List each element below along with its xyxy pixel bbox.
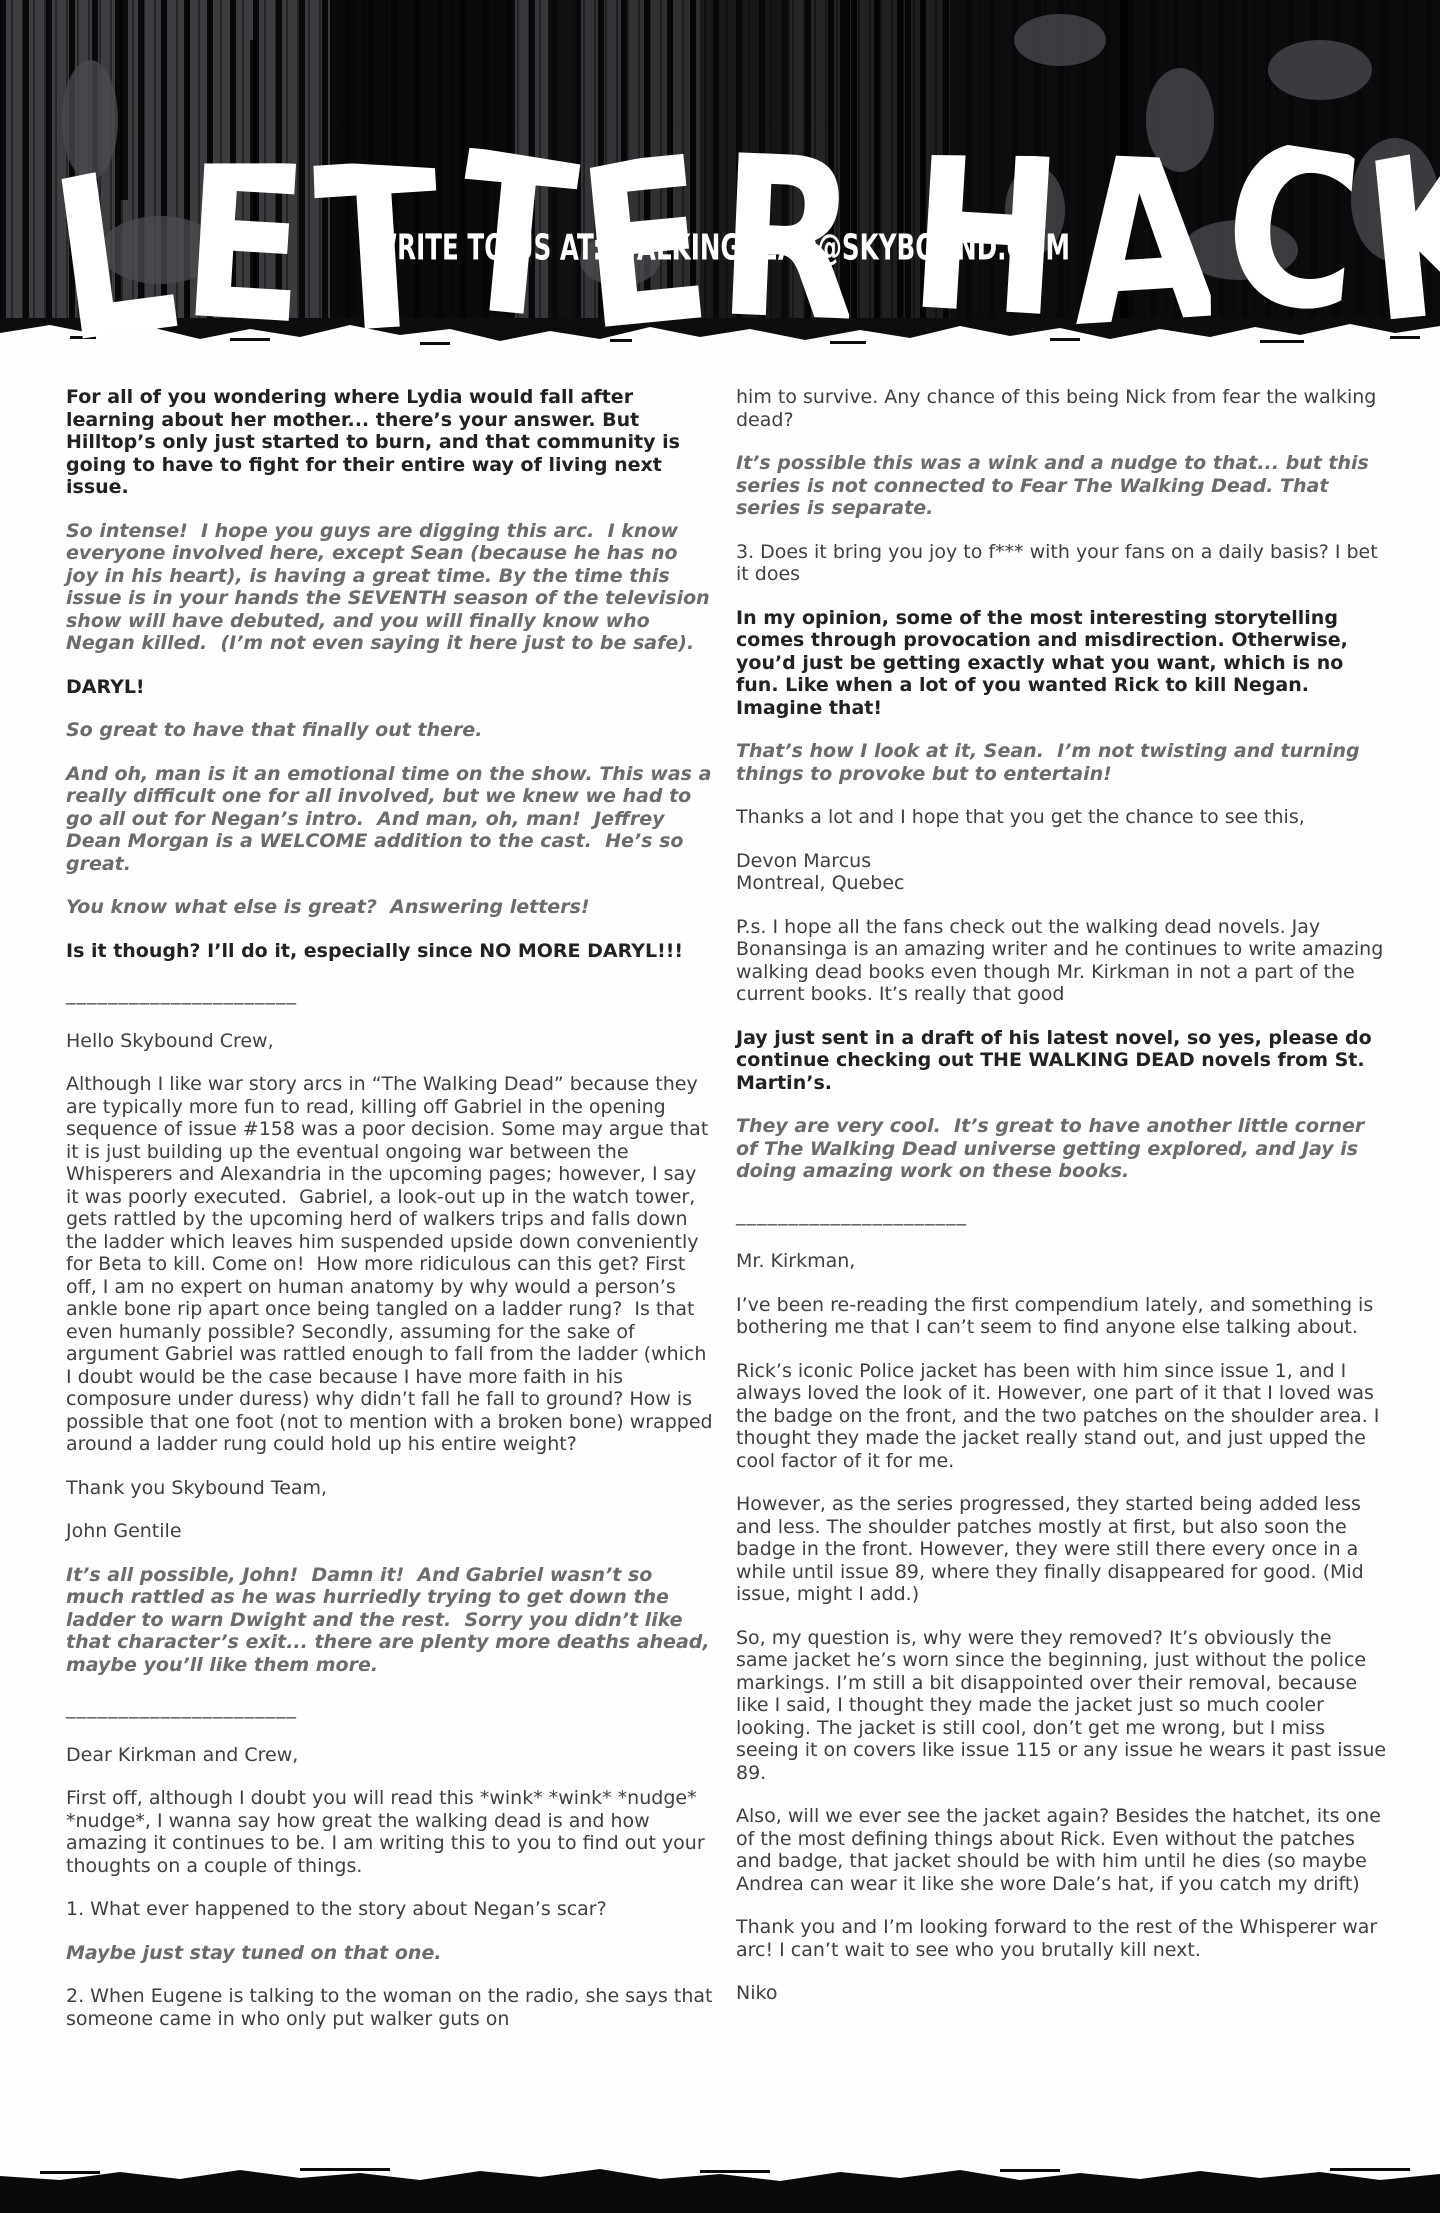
letter-paragraph-italic: So great to have that finally out there. [66, 719, 714, 742]
letter-paragraph-regular: 3. Does it bring you joy to f*** with yo… [736, 541, 1388, 586]
letter-paragraph-bold: Is it though? I’ll do it, especially sin… [66, 940, 714, 963]
letter-paragraph-italic: Maybe just stay tuned on that one. [66, 1942, 714, 1965]
letters-column-right: him to survive. Any chance of this being… [736, 386, 1388, 2026]
letter-paragraph-italic: You know what else is great? Answering l… [66, 896, 714, 919]
letter-paragraph-regular: Mr. Kirkman, [736, 1250, 1388, 1273]
letter-paragraph-bold: DARYL! [66, 676, 714, 699]
letter-paragraph-regular: John Gentile [66, 1520, 714, 1543]
letter-paragraph-italic: And oh, man is it an emotional time on t… [66, 763, 714, 876]
letter-paragraph-regular: So, my question is, why were they remove… [736, 1627, 1388, 1785]
letter-paragraph-regular: Also, will we ever see the jacket again?… [736, 1805, 1388, 1895]
letter-paragraph-regular: Rick’s iconic Police jacket has been wit… [736, 1360, 1388, 1473]
letter-paragraph-regular: Thank you and I’m looking forward to the… [736, 1916, 1388, 1961]
letter-paragraph-regular: Hello Skybound Crew, [66, 1030, 714, 1053]
divider-line: ______________________ [66, 983, 714, 1006]
letter-paragraph-regular: Devon Marcus Montreal, Quebec [736, 850, 1388, 895]
letter-paragraph-italic: So intense! I hope you guys are digging … [66, 520, 714, 655]
letter-paragraph-bold: For all of you wondering where Lydia wou… [66, 386, 714, 499]
email-callout: WRITE TO US AT: WALKINGDEAD@SKYBOUND.COM [130, 228, 1311, 269]
letter-paragraph-regular: Thanks a lot and I hope that you get the… [736, 806, 1388, 829]
letter-paragraph-italic: It’s all possible, John! Damn it! And Ga… [66, 1564, 714, 1677]
letter-paragraph-regular: Thank you Skybound Team, [66, 1477, 714, 1500]
footer-bar [0, 2187, 1440, 2213]
letter-paragraph-italic: They are very cool. It’s great to have a… [736, 1115, 1388, 1183]
letters-column-left: For all of you wondering where Lydia wou… [66, 386, 714, 2051]
divider-line: ______________________ [736, 1204, 1388, 1227]
letter-paragraph-italic: That’s how I look at it, Sean. I’m not t… [736, 740, 1388, 785]
letter-paragraph-regular: First off, although I doubt you will rea… [66, 1787, 714, 1877]
letter-paragraph-regular: Although I like war story arcs in “The W… [66, 1073, 714, 1456]
letter-paragraph-regular: 2. When Eugene is talking to the woman o… [66, 1985, 714, 2030]
letters-page: LETTER HACKS WRITE TO US AT: WALKINGDEAD… [0, 0, 1440, 2213]
letter-paragraph-regular: 1. What ever happened to the story about… [66, 1898, 714, 1921]
letter-paragraph-bold: Jay just sent in a draft of his latest n… [736, 1027, 1388, 1095]
letter-paragraph-regular: him to survive. Any chance of this being… [736, 386, 1388, 431]
letter-paragraph-regular: Niko [736, 1982, 1388, 2005]
letter-paragraph-regular: P.s. I hope all the fans check out the w… [736, 916, 1388, 1006]
header-banner: LETTER HACKS WRITE TO US AT: WALKINGDEAD… [0, 0, 1440, 318]
letter-paragraph-regular: However, as the series progressed, they … [736, 1493, 1388, 1606]
letter-paragraph-regular: Dear Kirkman and Crew, [66, 1744, 714, 1767]
letter-paragraph-italic: It’s possible this was a wink and a nudg… [736, 452, 1388, 520]
torn-edge-footer [0, 2165, 1440, 2187]
letter-paragraph-regular: I’ve been re-reading the first compendiu… [736, 1294, 1388, 1339]
divider-line: ______________________ [66, 1697, 714, 1720]
letter-paragraph-bold: In my opinion, some of the most interest… [736, 607, 1388, 720]
